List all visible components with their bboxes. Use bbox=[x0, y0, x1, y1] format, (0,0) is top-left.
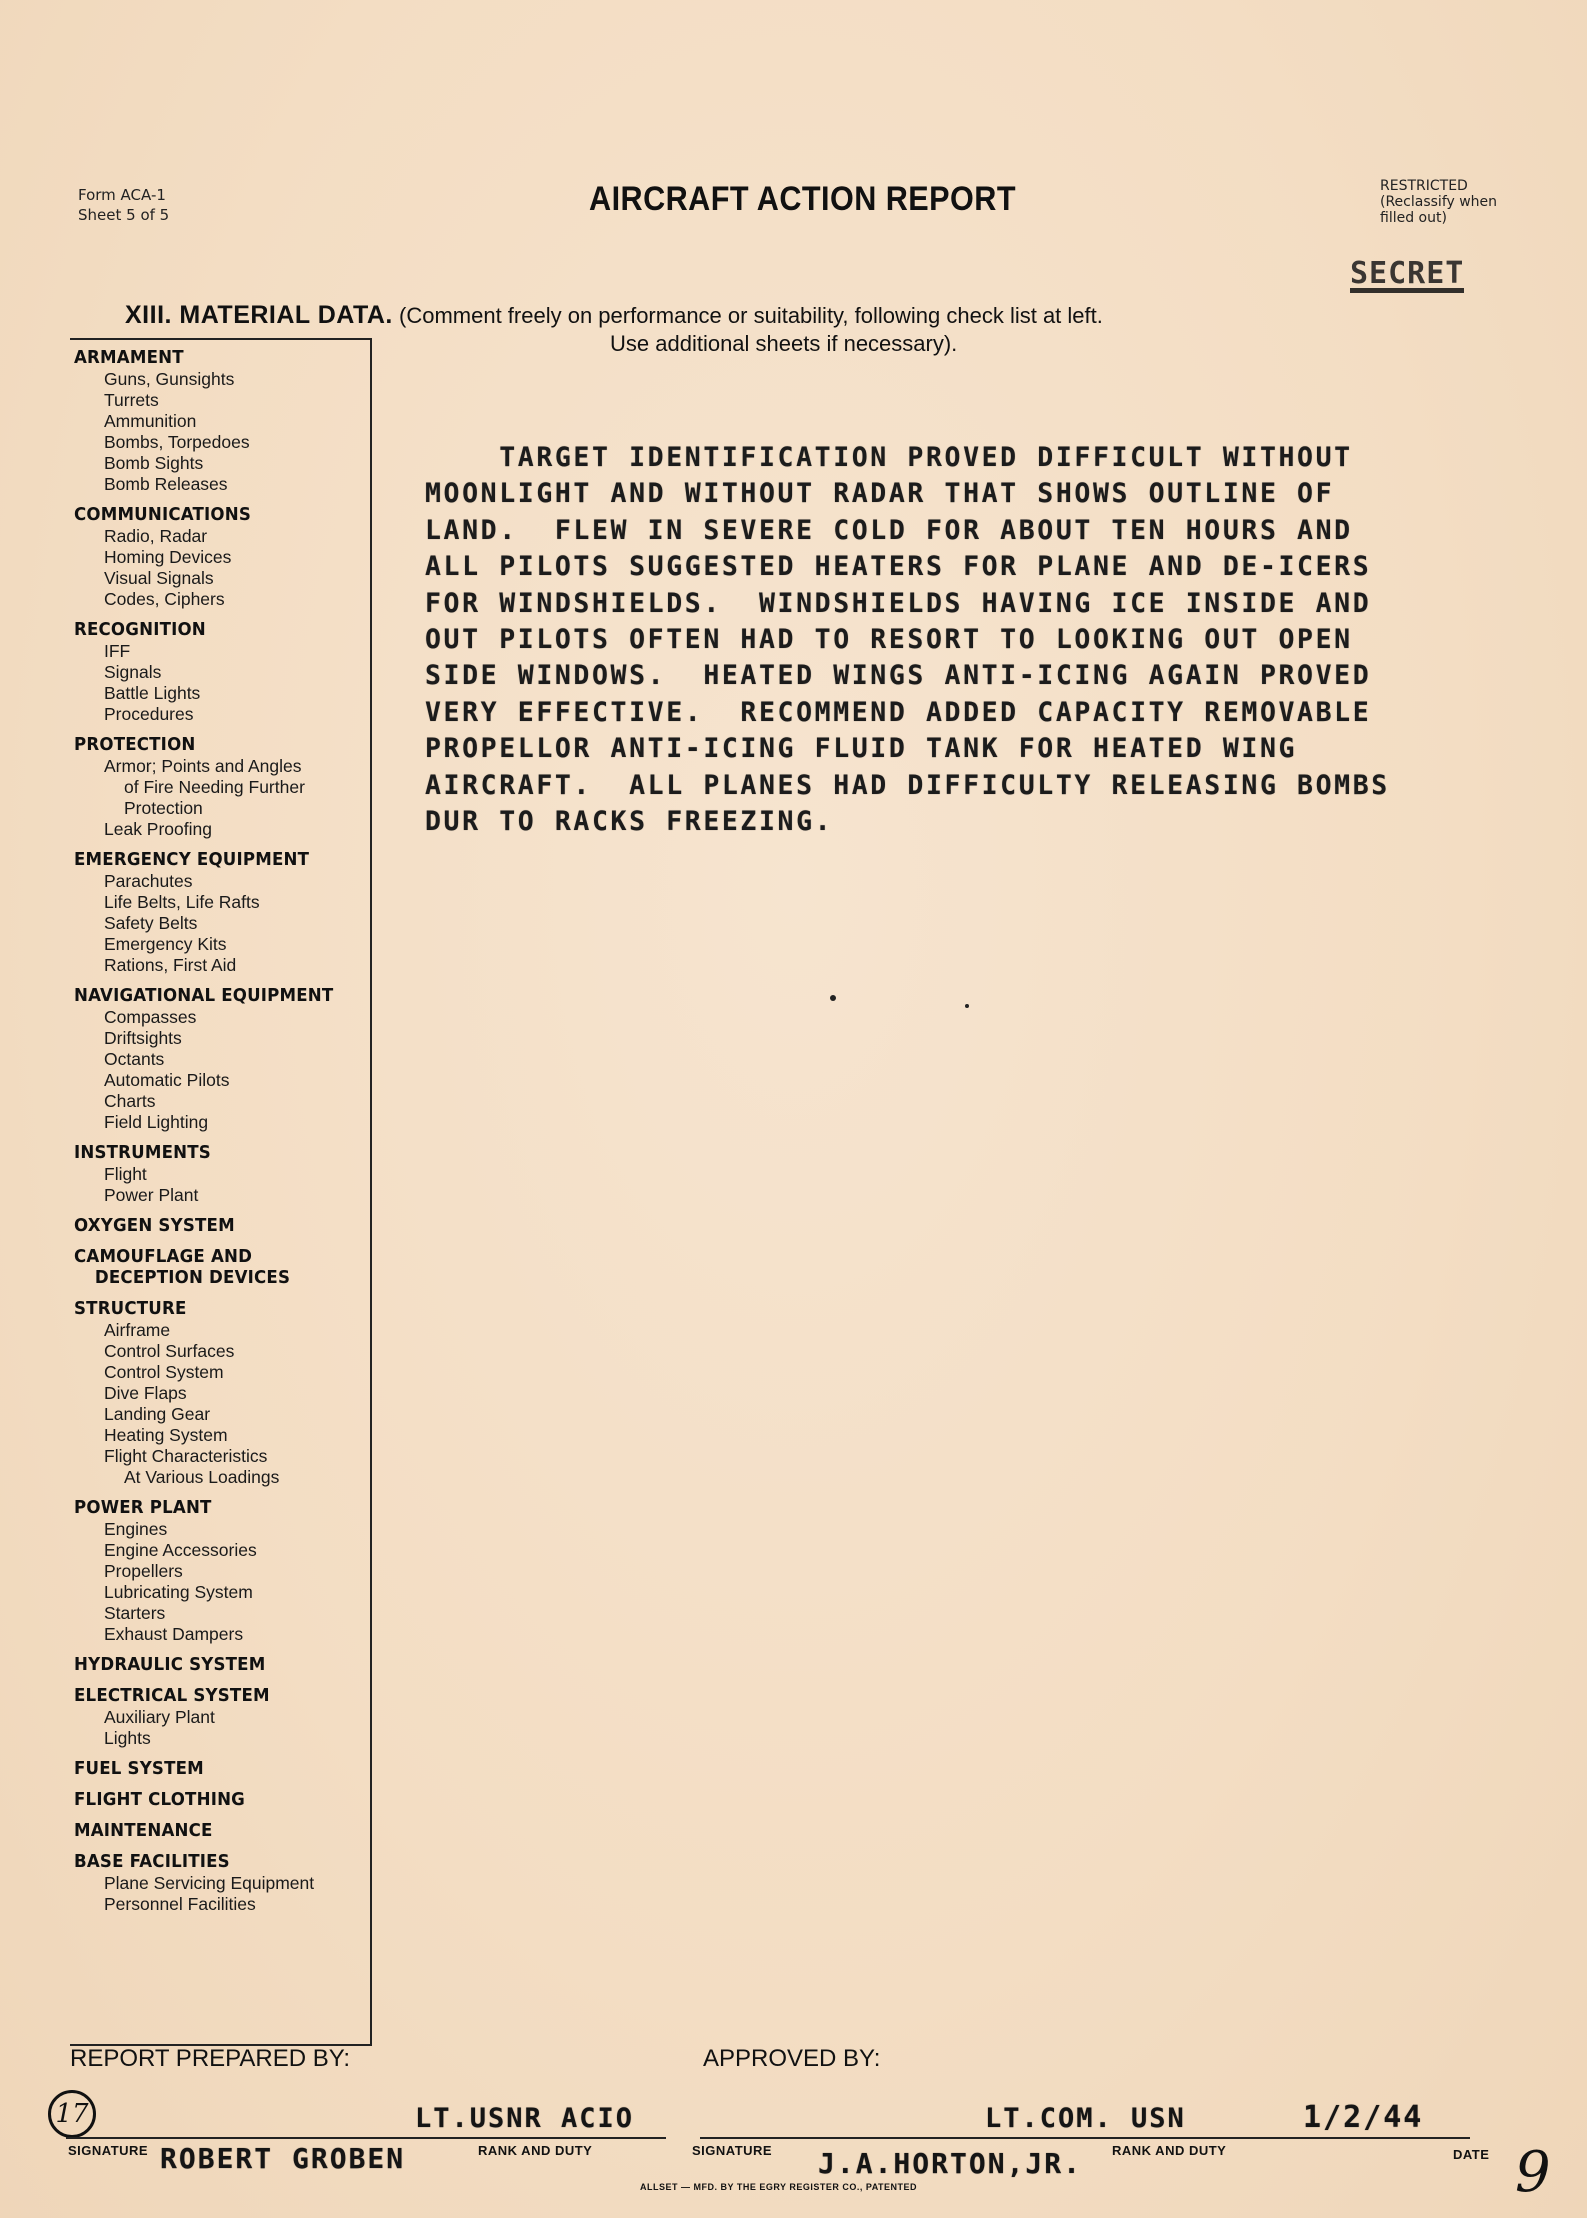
prepared-signature-line bbox=[66, 2137, 666, 2139]
comment-line: LAND. FLEW IN SEVERE COLD FOR ABOUT TEN … bbox=[425, 513, 1545, 549]
comment-line: VERY EFFECTIVE. RECOMMEND ADDED CAPACITY… bbox=[425, 695, 1545, 731]
classification-note: RESTRICTED (Reclassify when filled out) bbox=[1380, 178, 1497, 226]
checklist-item: Dive Flaps bbox=[74, 1383, 370, 1404]
checklist-category: FLIGHT CLOTHING bbox=[74, 1790, 355, 1811]
checklist-item: Homing Devices bbox=[74, 547, 370, 568]
comment-line: PROPELLOR ANTI-ICING FLUID TANK FOR HEAT… bbox=[425, 731, 1545, 767]
checklist-item: Personnel Facilities bbox=[74, 1894, 370, 1915]
classification-line: filled out) bbox=[1380, 210, 1497, 226]
checklist-item: Bomb Sights bbox=[74, 453, 370, 474]
checklist-item: Control Surfaces bbox=[74, 1341, 370, 1362]
checklist-item: Protection bbox=[74, 798, 370, 819]
approved-signature-line bbox=[700, 2137, 1140, 2139]
checklist-item: Lubricating System bbox=[74, 1582, 370, 1603]
checklist-item: Auxiliary Plant bbox=[74, 1707, 370, 1728]
checklist-category: MAINTENANCE bbox=[74, 1821, 355, 1842]
comment-line: DUR TO RACKS FREEZING. bbox=[425, 804, 1545, 840]
checklist-item: Safety Belts bbox=[74, 913, 370, 934]
checklist-item: Octants bbox=[74, 1049, 370, 1070]
checklist-item: Engine Accessories bbox=[74, 1540, 370, 1561]
checklist-item: Armor; Points and Angles bbox=[74, 756, 370, 777]
checklist-item: At Various Loadings bbox=[74, 1467, 370, 1488]
checklist-item: Landing Gear bbox=[74, 1404, 370, 1425]
comment-line: TARGET IDENTIFICATION PROVED DIFFICULT W… bbox=[425, 440, 1545, 476]
checklist-category: ELECTRICAL SYSTEM bbox=[74, 1686, 355, 1707]
checklist-item: Battle Lights bbox=[74, 683, 370, 704]
page-title: AIRCRAFT ACTION REPORT bbox=[80, 180, 1525, 219]
section-instruction-2: Use additional sheets if necessary). bbox=[610, 331, 957, 357]
checklist-item: Radio, Radar bbox=[74, 526, 370, 547]
approved-signature-label: SIGNATURE bbox=[692, 2143, 772, 2158]
checklist-item: Flight bbox=[74, 1164, 370, 1185]
checklist-item: Starters bbox=[74, 1603, 370, 1624]
comment-line: SIDE WINDOWS. HEATED WINGS ANTI-ICING AG… bbox=[425, 658, 1545, 694]
section-instruction: (Comment freely on performance or suitab… bbox=[399, 303, 1103, 328]
checklist-item: Procedures bbox=[74, 704, 370, 725]
checklist-category: PROTECTION bbox=[74, 735, 355, 756]
checklist-item: Emergency Kits bbox=[74, 934, 370, 955]
checklist-category: INSTRUMENTS bbox=[74, 1143, 355, 1164]
material-comment: TARGET IDENTIFICATION PROVED DIFFICULT W… bbox=[425, 440, 1545, 840]
checklist-item: Charts bbox=[74, 1091, 370, 1112]
date-line bbox=[1140, 2137, 1470, 2139]
checklist-item: Lights bbox=[74, 1728, 370, 1749]
comment-line: FOR WINDSHIELDS. WINDSHIELDS HAVING ICE … bbox=[425, 586, 1545, 622]
checklist-item: Automatic Pilots bbox=[74, 1070, 370, 1091]
checklist-category: OXYGEN SYSTEM bbox=[74, 1216, 355, 1237]
checklist-item: Airframe bbox=[74, 1320, 370, 1341]
checklist-item: Bombs, Torpedoes bbox=[74, 432, 370, 453]
approved-date-value: 1/2/44 bbox=[1303, 2100, 1423, 2135]
checklist-item: Propellers bbox=[74, 1561, 370, 1582]
checklist-category: NAVIGATIONAL EQUIPMENT bbox=[74, 986, 355, 1007]
checklist-item: Signals bbox=[74, 662, 370, 683]
checklist-item: Life Belts, Life Rafts bbox=[74, 892, 370, 913]
checklist-item: Exhaust Dampers bbox=[74, 1624, 370, 1645]
checklist-item: Ammunition bbox=[74, 411, 370, 432]
prepared-rank-value: LT.USNR ACIO bbox=[415, 2103, 634, 2134]
printer-footer: ALLSET — MFD. BY THE EGRY REGISTER CO., … bbox=[640, 2182, 917, 2192]
ink-speck bbox=[830, 995, 836, 1001]
checklist-category: COMMUNICATIONS bbox=[74, 505, 355, 526]
checklist-item: Field Lighting bbox=[74, 1112, 370, 1133]
checklist-item: Control System bbox=[74, 1362, 370, 1383]
checklist-category: POWER PLANT bbox=[74, 1498, 355, 1519]
prepared-signature-name: ROBERT GROBEN bbox=[160, 2142, 405, 2175]
circled-number: 17 bbox=[48, 2090, 96, 2138]
approved-rank-value: LT.COM. USN bbox=[985, 2103, 1186, 2134]
checklist-item: Driftsights bbox=[74, 1028, 370, 1049]
checklist-item: IFF bbox=[74, 641, 370, 662]
checklist-category: EMERGENCY EQUIPMENT bbox=[74, 850, 355, 871]
prepared-signature-label: SIGNATURE bbox=[68, 2143, 148, 2158]
checklist-items: ARMAMENTGuns, GunsightsTurretsAmmunition… bbox=[70, 348, 370, 1915]
comment-line: ALL PILOTS SUGGESTED HEATERS FOR PLANE A… bbox=[425, 549, 1545, 585]
checklist-item: Heating System bbox=[74, 1425, 370, 1446]
checklist-item: of Fire Needing Further bbox=[74, 777, 370, 798]
checklist-item: Power Plant bbox=[74, 1185, 370, 1206]
material-checklist: ARMAMENTGuns, GunsightsTurretsAmmunition… bbox=[70, 338, 372, 2046]
checklist-category: BASE FACILITIES bbox=[74, 1852, 355, 1873]
checklist-category: STRUCTURE bbox=[74, 1299, 355, 1320]
comment-line: AIRCRAFT. ALL PLANES HAD DIFFICULTY RELE… bbox=[425, 768, 1545, 804]
checklist-item: Rations, First Aid bbox=[74, 955, 370, 976]
approved-by-label: APPROVED BY: bbox=[703, 2045, 880, 2073]
checklist-item: Flight Characteristics bbox=[74, 1446, 370, 1467]
checklist-item: Plane Servicing Equipment bbox=[74, 1873, 370, 1894]
checklist-item: Parachutes bbox=[74, 871, 370, 892]
checklist-category: CAMOUFLAGE AND bbox=[74, 1247, 355, 1268]
prepared-rank-label: RANK AND DUTY bbox=[478, 2143, 592, 2158]
checklist-item: Codes, Ciphers bbox=[74, 589, 370, 610]
checklist-item: Bomb Releases bbox=[74, 474, 370, 495]
prepared-by-label: REPORT PREPARED BY: bbox=[70, 2045, 350, 2073]
section-heading: XIII. MATERIAL DATA. (Comment freely on … bbox=[125, 300, 1103, 331]
classification-line: RESTRICTED bbox=[1380, 178, 1497, 194]
handwritten-page-number: 9 bbox=[1515, 2140, 1551, 2205]
checklist-item: Compasses bbox=[74, 1007, 370, 1028]
checklist-category: ARMAMENT bbox=[74, 348, 355, 369]
classification-line: (Reclassify when bbox=[1380, 194, 1497, 210]
secret-stamp: SECRET bbox=[1350, 260, 1464, 293]
checklist-item: Guns, Gunsights bbox=[74, 369, 370, 390]
checklist-item: Leak Proofing bbox=[74, 819, 370, 840]
checklist-category-cont: DECEPTION DEVICES bbox=[74, 1268, 355, 1289]
section-title: XIII. MATERIAL DATA. bbox=[125, 301, 393, 329]
date-label: DATE bbox=[1453, 2147, 1489, 2162]
checklist-item: Turrets bbox=[74, 390, 370, 411]
checklist-item: Visual Signals bbox=[74, 568, 370, 589]
checklist-item: Engines bbox=[74, 1519, 370, 1540]
checklist-category: FUEL SYSTEM bbox=[74, 1759, 355, 1780]
comment-line: MOONLIGHT AND WITHOUT RADAR THAT SHOWS O… bbox=[425, 476, 1545, 512]
checklist-category: RECOGNITION bbox=[74, 620, 355, 641]
ink-speck bbox=[965, 1004, 969, 1008]
checklist-category: HYDRAULIC SYSTEM bbox=[74, 1655, 355, 1676]
comment-line: OUT PILOTS OFTEN HAD TO RESORT TO LOOKIN… bbox=[425, 622, 1545, 658]
approved-rank-label: RANK AND DUTY bbox=[1112, 2143, 1226, 2158]
approved-signature-name: J.A.HORTON,JR. bbox=[818, 2147, 1082, 2180]
